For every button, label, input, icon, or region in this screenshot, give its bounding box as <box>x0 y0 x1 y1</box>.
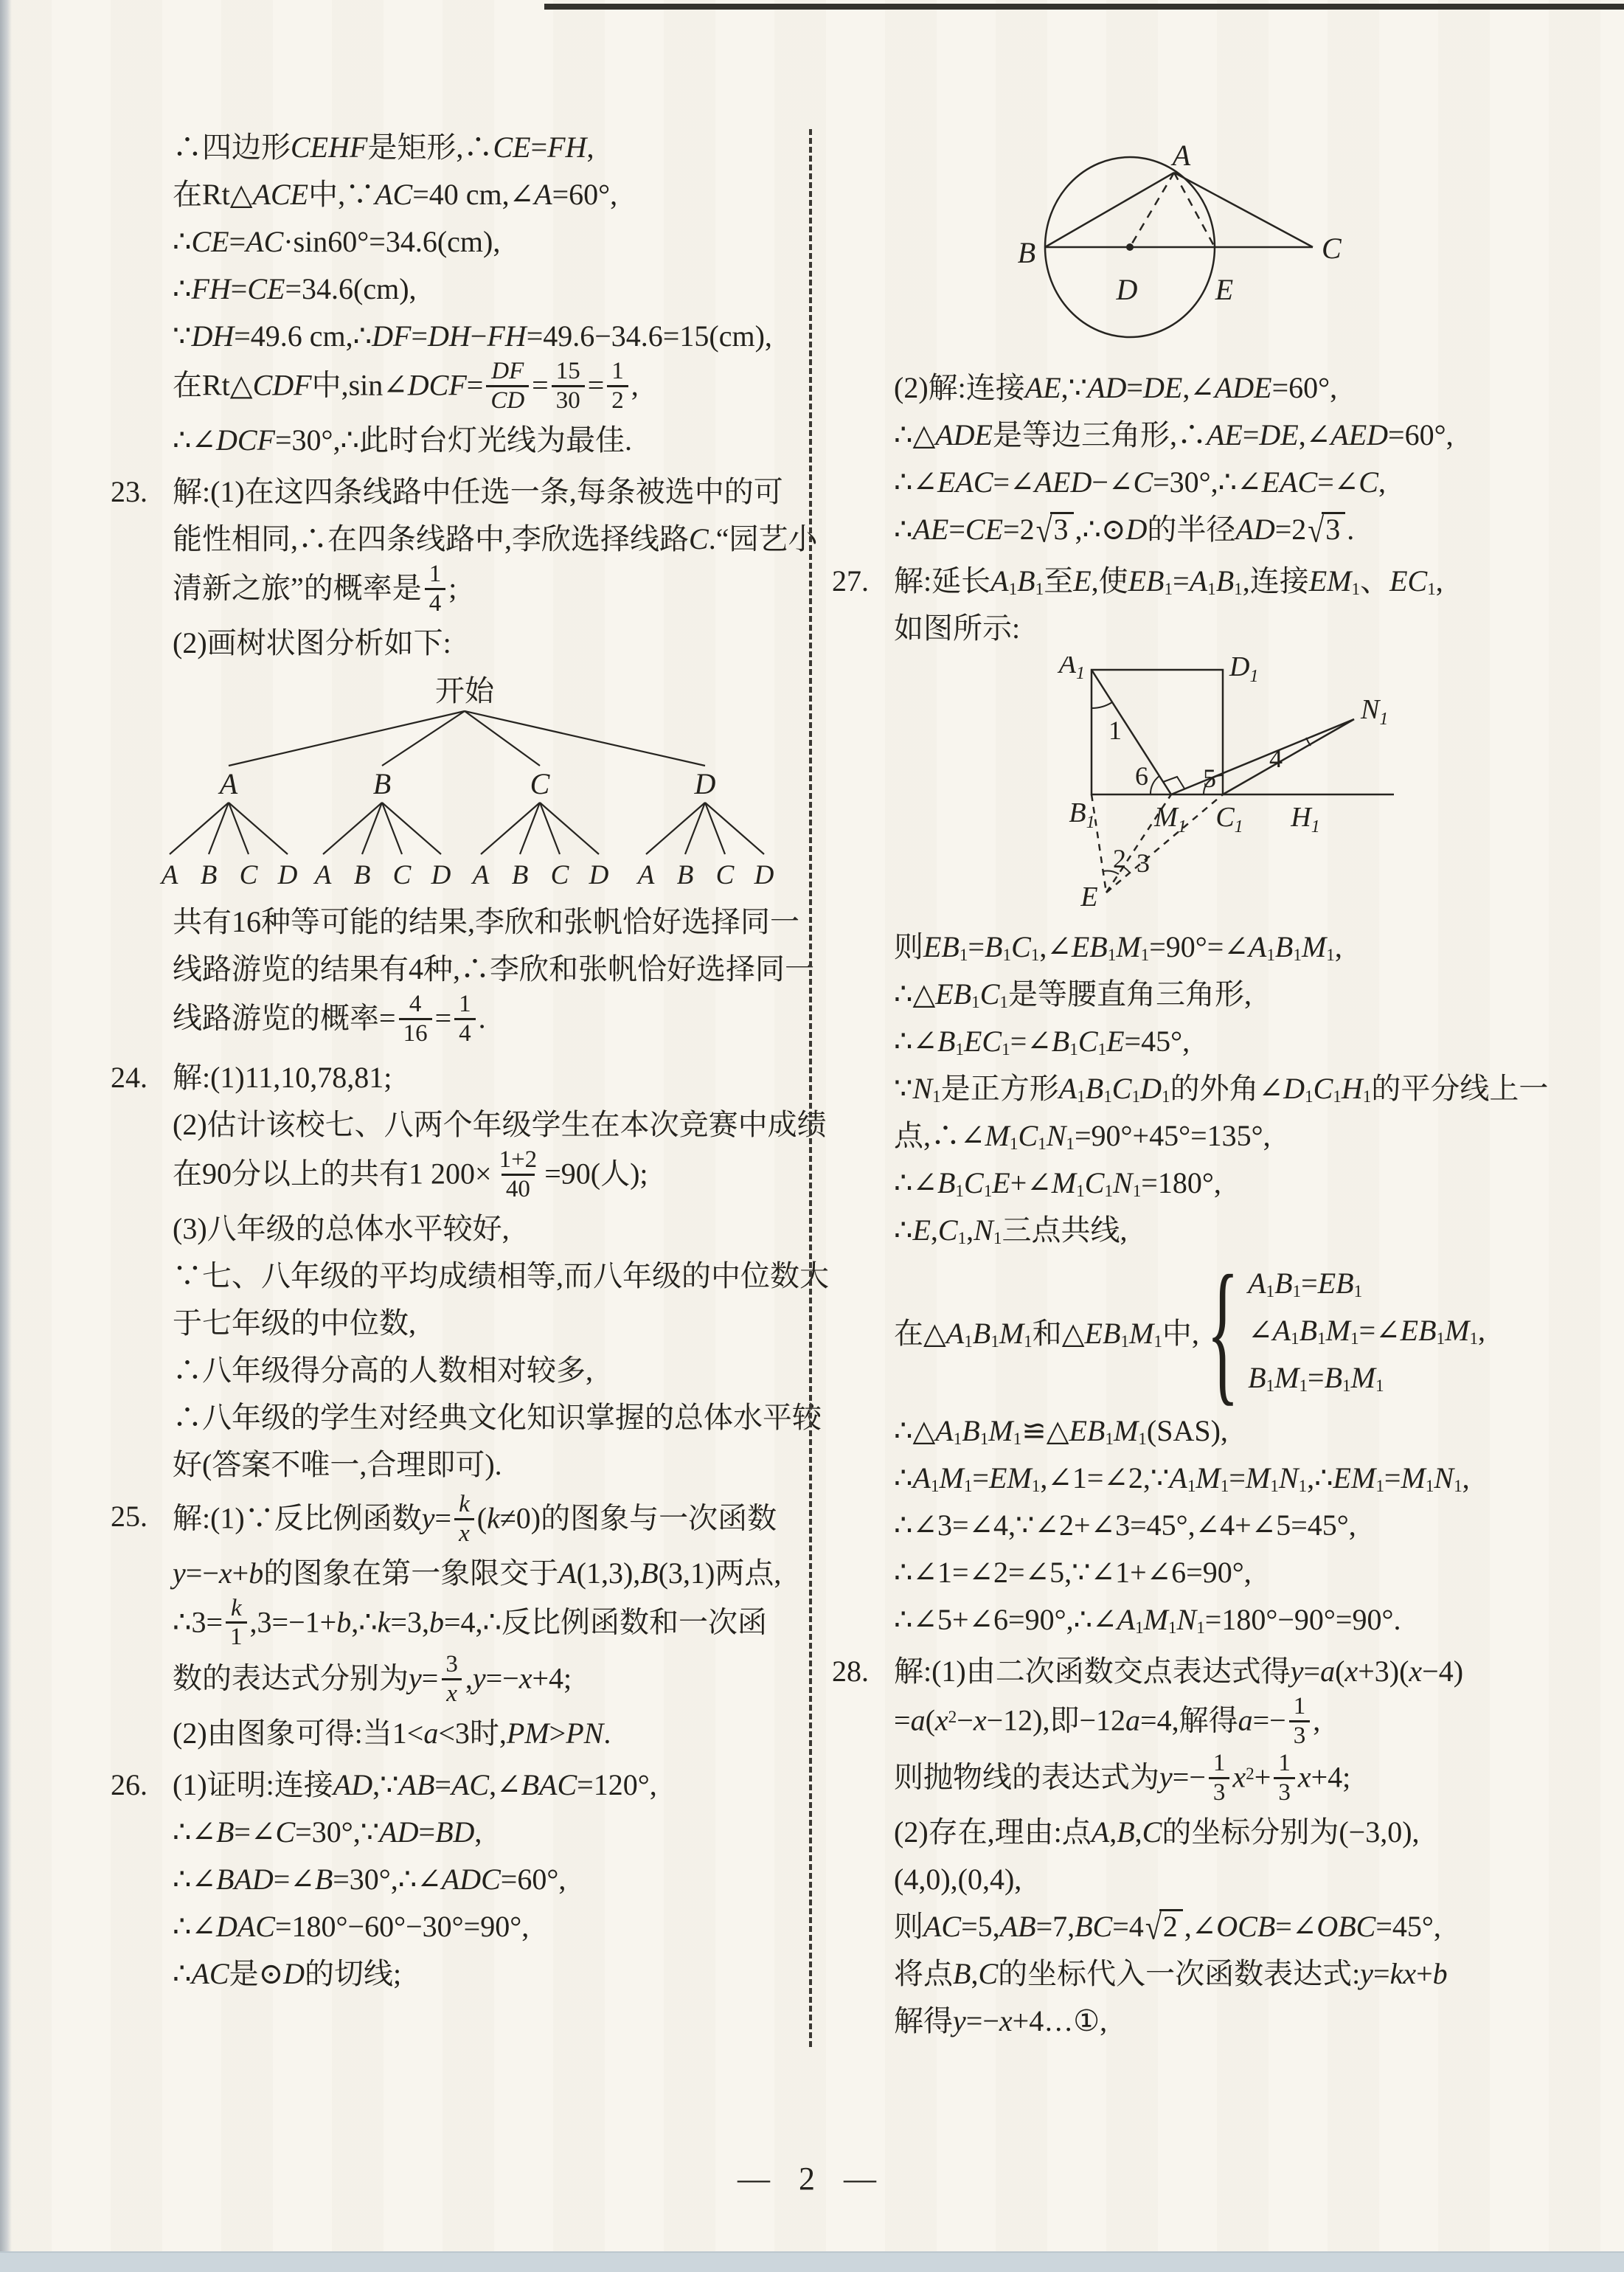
right-column: A B C D E (2)解:连接AE,∵AD=DE,∠ADE=60°,∴△AD… <box>832 124 1614 2049</box>
page-number-text: — 2 — <box>738 2161 886 2197</box>
svg-text:4: 4 <box>1269 744 1283 773</box>
problem-number: 24. <box>111 1054 148 1101</box>
solution-line: 线路游览的概率=416=14. <box>173 993 811 1050</box>
case-line: A1B1=EB1 <box>1248 1260 1485 1307</box>
solution-line: ∴3=k1,3=−1+b,∴k=3,b=4,∴反比例函数和一次函 <box>173 1597 811 1654</box>
solution-line: (2)存在,理由:点A,B,C的坐标分别为(−3,0), <box>894 1809 1614 1856</box>
solution-line: (2)由图象可得:当1<a<3时,PM>PN. <box>173 1710 811 1757</box>
square-diagram: 1 2 3 4 5 6 A1 D1 B1 M1 C1 H1 N1 E <box>1051 657 1434 916</box>
svg-text:A: A <box>159 860 178 890</box>
fraction: 13 <box>1274 1750 1295 1807</box>
svg-text:D: D <box>589 860 609 890</box>
scan-top-edge <box>544 4 1624 10</box>
page-number: — 2 — <box>0 2160 1624 2197</box>
problem-number: 27. <box>832 558 869 605</box>
solution-block: 24.解:(1)11,10,78,81;(2)估计该校七、八两个年级学生在本次竞… <box>111 1054 811 1489</box>
svg-text:C: C <box>716 860 735 890</box>
solution-line: ∴FH=CE=34.6(cm), <box>173 266 811 313</box>
square-root: √3 <box>1036 506 1074 553</box>
problem-number: 28. <box>832 1648 869 1695</box>
svg-text:开始: 开始 <box>435 674 495 707</box>
solution-line: ∴△ADE是等边三角形,∴AE=DE,∠AED=60°, <box>894 412 1614 459</box>
solution-line: (1)证明:连接AD,∵AB=AC,∠BAC=120°, <box>173 1762 811 1809</box>
solution-block: 27.解:延长A1B1至E,使EB1=A1B1,连接EM1、EC1,如图所示: <box>832 558 1614 652</box>
svg-text:D: D <box>1116 273 1138 306</box>
solution-line: (2)解:连接AE,∵AD=DE,∠ADE=60°, <box>894 364 1614 412</box>
svg-text:1: 1 <box>1108 716 1122 745</box>
solution-line: 清新之旅”的概率是14; <box>173 563 811 620</box>
solution-line: ∴AE=CE=2√3,∴⊙D的半径AD=2√3. <box>894 506 1614 553</box>
svg-text:N1: N1 <box>1360 694 1388 729</box>
solution-line: ∴∠1=∠2=∠5,∵∠1+∠6=90°, <box>894 1549 1614 1596</box>
solution-block: 23.解:(1)在这四条线路中任选一条,每条被选中的可能性相同,∴在四条线路中,… <box>111 468 811 667</box>
svg-text:B1: B1 <box>1069 797 1094 832</box>
fraction: 13 <box>1209 1750 1230 1807</box>
circle-diagram: A B C D E <box>981 137 1379 360</box>
fraction: 416 <box>399 991 432 1047</box>
solution-line: 则抛物线的表达式为y=−13x2+13x+4; <box>894 1752 1614 1809</box>
svg-text:D: D <box>277 860 298 890</box>
circle-figure: A B C D E <box>981 137 1614 360</box>
solution-line: ∴AC是⊙D的切线; <box>173 1950 811 1998</box>
svg-text:B: B <box>677 860 694 890</box>
solution-block: 25.解:(1)∵反比例函数y=kx(k≠0)的图象与一次函数y=−x+b的图象… <box>111 1493 811 1758</box>
solution-line: 则AC=5,AB=7,BC=4√2,∠OCB=∠OBC=45°, <box>894 1903 1614 1950</box>
svg-text:C: C <box>240 860 259 890</box>
solution-line: (2)估计该校七、八两个年级学生在本次竞赛中成绩 <box>173 1101 811 1149</box>
solution-line: 解:(1)∵反比例函数y=kx(k≠0)的图象与一次函数 <box>173 1493 811 1550</box>
fraction: kx <box>454 1491 474 1548</box>
solution-line: 在Rt△CDF中,sin∠DCF=DFCD=1530=12, <box>173 360 811 417</box>
svg-text:3: 3 <box>1137 848 1150 878</box>
svg-text:C: C <box>393 860 412 890</box>
svg-text:A: A <box>313 860 332 890</box>
svg-text:D: D <box>754 860 774 890</box>
solution-line: ∴∠5+∠6=90°,∴∠A1M1N1=180°−90°=90°. <box>894 1596 1614 1644</box>
svg-text:2: 2 <box>1113 844 1126 873</box>
scan-bottom-edge <box>0 2251 1624 2272</box>
square-root: √3 <box>1308 506 1345 553</box>
system-brace: { <box>1207 1239 1239 1422</box>
solution-line: 解:(1)在这四条线路中任选一条,每条被选中的可 <box>173 468 811 516</box>
solution-line: ∴△A1B1M1≌△EB1M1(SAS), <box>894 1407 1614 1455</box>
svg-text:E: E <box>1215 273 1233 306</box>
svg-text:B: B <box>201 860 218 890</box>
solution-line: ∴A1M1=EM1,∠1=∠2,∵A1M1=M1N1,∴EM1=M1N1, <box>894 1455 1614 1502</box>
solution-line: ∴∠B1EC1=∠B1C1E=45°, <box>894 1018 1614 1065</box>
solution-block: 共有16种等可能的结果,李欣和张帆恰好选择同一线路游览的结果有4种,∴李欣和张帆… <box>111 898 811 1050</box>
svg-text:5: 5 <box>1203 763 1216 793</box>
solution-line: 于七年级的中位数, <box>173 1300 811 1347</box>
square-root: √2 <box>1145 1903 1183 1950</box>
fraction: 14 <box>425 561 446 617</box>
solution-line: (4,0),(0,4), <box>894 1856 1614 1903</box>
solution-line: 好(答案不唯一,合理即可). <box>173 1441 811 1489</box>
solution-line: 点,∴∠M1C1N1=90°+45°=135°, <box>894 1112 1614 1160</box>
solution-line: ∴∠B1C1E+∠M1C1N1=180°, <box>894 1160 1614 1207</box>
svg-text:M1: M1 <box>1153 802 1187 837</box>
tree-diagram: 开始 AABCDBABCDCABCDDABCD <box>111 671 811 893</box>
svg-text:D1: D1 <box>1229 657 1258 686</box>
svg-text:A: A <box>1170 139 1191 172</box>
solution-line: ∵七、八年级的平均成绩相等,而八年级的中位数大 <box>173 1253 811 1300</box>
svg-text:E: E <box>1080 882 1097 912</box>
fraction: 1530 <box>552 358 585 415</box>
left-column: ∴四边形CEHF是矩形,∴CE=FH,在Rt△ACE中,∵AC=40 cm,∠A… <box>111 124 811 2002</box>
scan-left-shadow <box>0 0 12 2272</box>
svg-text:D: D <box>694 767 716 800</box>
square-figure: 1 2 3 4 5 6 A1 D1 B1 M1 C1 H1 N1 E <box>1051 657 1614 916</box>
solution-line: ∴∠BAD=∠B=30°,∴∠ADC=60°, <box>173 1856 811 1903</box>
solution-line: ∴四边形CEHF是矩形,∴CE=FH, <box>173 124 811 171</box>
solution-line: 线路游览的结果有4种,∴李欣和张帆恰好选择同一 <box>173 946 811 993</box>
solution-line: 解:(1)11,10,78,81; <box>173 1054 811 1101</box>
solution-line: ∴∠DAC=180°−60°−30°=90°, <box>173 1903 811 1950</box>
svg-text:B: B <box>373 767 391 800</box>
problem-number: 26. <box>111 1762 148 1809</box>
case-line: ∠A1B1M1=∠EB1M1, <box>1248 1307 1485 1354</box>
solution-block: 则EB1=B1C1,∠EB1M1=90°=∠A1B1M1,∴△EB1C1是等腰直… <box>832 924 1614 1254</box>
solution-line: 在Rt△ACE中,∵AC=40 cm,∠A=60°, <box>173 171 811 218</box>
solution-line: ∵DH=49.6 cm,∴DF=DH−FH=49.6−34.6=15(cm), <box>173 313 811 360</box>
solution-block: 在△A1B1M1和△EB1M1中,{A1B1=EB1∠A1B1M1=∠EB1M1… <box>832 1260 1614 1402</box>
case-line: B1M1=B1M1 <box>1248 1354 1485 1402</box>
solution-line: y=−x+b的图象在第一象限交于A(1,3),B(3,1)两点, <box>173 1550 811 1597</box>
svg-text:6: 6 <box>1135 761 1148 791</box>
svg-text:A: A <box>218 767 238 800</box>
svg-text:C: C <box>1322 232 1342 265</box>
solution-line: ∴E,C1,N1三点共线, <box>894 1207 1614 1254</box>
solution-line: (3)八年级的总体水平较好, <box>173 1205 811 1253</box>
fraction: k1 <box>226 1595 247 1652</box>
solution-line: ∴八年级的学生对经典文化知识掌握的总体水平较 <box>173 1394 811 1441</box>
svg-text:C: C <box>551 860 570 890</box>
solution-block: ∴四边形CEHF是矩形,∴CE=FH,在Rt△ACE中,∵AC=40 cm,∠A… <box>111 124 811 464</box>
solution-line: 解得y=−x+4…①, <box>894 1998 1614 2045</box>
solution-block: ∴△A1B1M1≌△EB1M1(SAS),∴A1M1=EM1,∠1=∠2,∵A1… <box>832 1407 1614 1644</box>
svg-text:B: B <box>1018 236 1035 269</box>
problem-number: 25. <box>111 1493 148 1540</box>
solution-line: ∴∠B=∠C=30°,∵AD=BD, <box>173 1809 811 1856</box>
solution-block: (2)解:连接AE,∵AD=DE,∠ADE=60°,∴△ADE是等边三角形,∴A… <box>832 364 1614 553</box>
fraction: 3x <box>441 1651 462 1708</box>
solution-line: =a(x2−x−12),即−12a=4,解得a=−13, <box>894 1695 1614 1752</box>
solution-line: 解:延长A1B1至E,使EB1=A1B1,连接EM1、EC1, <box>894 558 1614 605</box>
fraction: 14 <box>454 991 476 1047</box>
svg-text:C: C <box>530 767 551 800</box>
solution-line: 将点B,C的坐标代入一次函数表达式:y=kx+b <box>894 1950 1614 1998</box>
solution-line: ∴∠DCF=30°,∴此时台灯光线为最佳. <box>173 417 811 464</box>
solution-line: ∵N1是正方形A1B1C1D1的外角∠D1C1H1的平分线上一 <box>894 1065 1614 1112</box>
solution-line: ∴八年级得分高的人数相对较多, <box>173 1347 811 1394</box>
solution-line: ∴∠EAC=∠AED−∠C=30°,∴∠EAC=∠C, <box>894 459 1614 506</box>
svg-text:A: A <box>636 860 655 890</box>
solution-line: 数的表达式分别为y=3x,y=−x+4; <box>173 1653 811 1710</box>
svg-text:D: D <box>431 860 451 890</box>
problem-number: 23. <box>111 468 148 516</box>
svg-text:A: A <box>471 860 490 890</box>
solution-line: 则EB1=B1C1,∠EB1M1=90°=∠A1B1M1, <box>894 924 1614 971</box>
solution-line: ∴CE=AC·sin60°=34.6(cm), <box>173 218 811 266</box>
fraction: DFCD <box>486 358 529 415</box>
svg-text:H1: H1 <box>1290 802 1319 837</box>
solution-line: 共有16种等可能的结果,李欣和张帆恰好选择同一 <box>173 898 811 946</box>
solution-line: ∴△EB1C1是等腰直角三角形, <box>894 971 1614 1018</box>
svg-text:B: B <box>512 860 529 890</box>
solution-line: ∴∠3=∠4,∵∠2+∠3=45°,∠4+∠5=45°, <box>894 1502 1614 1549</box>
fraction: 1+240 <box>495 1146 542 1203</box>
svg-text:B: B <box>354 860 371 890</box>
svg-text:A1: A1 <box>1057 657 1085 683</box>
cases-lead: 在△A1B1M1和△EB1M1中, <box>894 1310 1199 1352</box>
tree-figure: 开始 AABCDBABCDCABCDDABCD <box>111 671 811 893</box>
svg-text:C1: C1 <box>1215 802 1243 837</box>
solution-line: 能性相同,∴在四条线路中,李欣选择线路C.“园艺小 <box>173 516 811 563</box>
solution-line: (2)画树状图分析如下: <box>173 620 811 667</box>
solution-block: 28.解:(1)由二次函数交点表达式得y=a(x+3)(x−4)=a(x2−x−… <box>832 1648 1614 2045</box>
solution-line: 如图所示: <box>894 605 1614 652</box>
solution-line: 在90分以上的共有1 200×1+240=90(人); <box>173 1149 811 1205</box>
solution-line: 解:(1)由二次函数交点表达式得y=a(x+3)(x−4) <box>894 1648 1614 1695</box>
column-divider <box>809 129 812 2047</box>
solution-block: 26.(1)证明:连接AD,∵AB=AC,∠BAC=120°,∴∠B=∠C=30… <box>111 1762 811 1998</box>
fraction: 13 <box>1289 1693 1311 1750</box>
fraction: 12 <box>607 358 628 415</box>
scanned-answer-page: ∴四边形CEHF是矩形,∴CE=FH,在Rt△ACE中,∵AC=40 cm,∠A… <box>0 0 1624 2272</box>
